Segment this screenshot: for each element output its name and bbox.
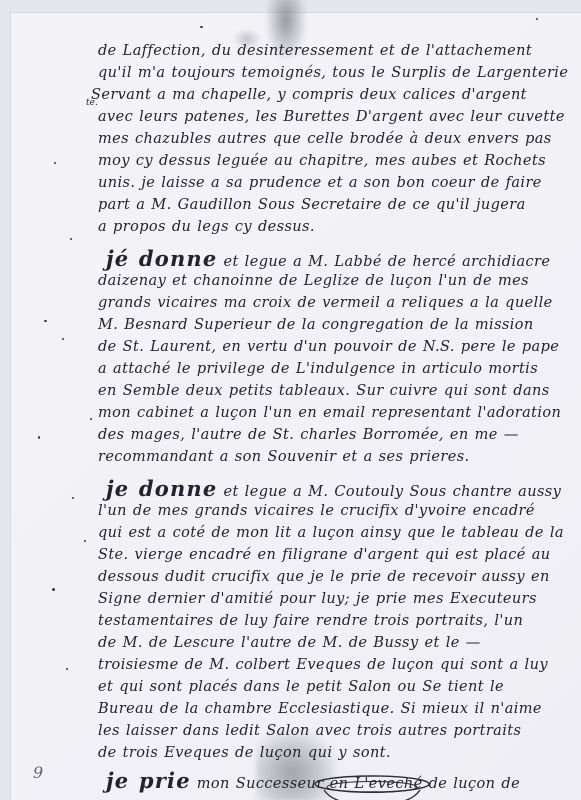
paragraph-opening: jé donne xyxy=(106,246,217,271)
bowl-sketch xyxy=(310,774,434,800)
manuscript-line: qui est a coté de mon lit a luçon ainsy … xyxy=(98,522,573,544)
manuscript-line: l'un de mes grands vicaires le crucifix … xyxy=(98,500,573,522)
line-text: et legue a M. Coutouly Sous chantre auss… xyxy=(223,484,561,500)
manuscript-line: mes chazubles autres que celle brodée à … xyxy=(98,128,573,150)
ink-speck xyxy=(38,436,40,439)
text-block: de Laffection, du desinteressement et de… xyxy=(98,40,573,792)
manuscript-line: qu'il m'a toujours temoignés, tous le Su… xyxy=(98,62,573,84)
manuscript-line: Ste. vierge encadré en filigrane d'argen… xyxy=(98,544,573,566)
scanned-manuscript: te. de Laffection, du desinteressement e… xyxy=(0,0,581,800)
ink-speck xyxy=(536,18,538,20)
ink-speck xyxy=(72,497,74,499)
paragraph-opening: je prie xyxy=(106,768,191,793)
manuscript-line: recommandant a son Souvenir et a ses pri… xyxy=(98,446,573,468)
manuscript-line: et qui sont placés dans le petit Salon o… xyxy=(98,676,573,698)
manuscript-line: de trois Eveques de luçon qui y sont. xyxy=(98,742,573,764)
ink-speck xyxy=(84,540,86,542)
manuscript-line: moy cy dessus leguée au chapitre, mes au… xyxy=(98,150,573,172)
manuscript-line: testamentaires de luy faire rendre trois… xyxy=(98,610,573,632)
manuscript-line: troisiesme de M. colbert Eveques de luço… xyxy=(98,654,573,676)
paragraph-1: de Laffection, du desinteressement et de… xyxy=(98,40,573,238)
manuscript-line: de M. de Lescure l'autre de M. de Bussy … xyxy=(98,632,573,654)
manuscript-line: Servant a ma chapelle, y compris deux ca… xyxy=(91,84,573,106)
manuscript-line: a attaché le privilege de L'indulgence i… xyxy=(98,358,573,380)
ink-speck xyxy=(90,418,92,420)
manuscript-line: en Semble deux petits tableaux. Sur cuiv… xyxy=(98,380,573,402)
manuscript-line: mon cabinet a luçon l'un en email repres… xyxy=(98,402,573,424)
manuscript-line: avec leurs patenes, les Burettes D'argen… xyxy=(98,106,573,128)
manuscript-line: les laisser dans ledit Salon avec trois … xyxy=(98,720,573,742)
manuscript-line: unis. je laisse a sa prudence et a son b… xyxy=(98,172,573,194)
manuscript-line: part a M. Gaudillon Sous Secretaire de c… xyxy=(98,194,573,216)
manuscript-line: M. Besnard Superieur de la congregation … xyxy=(98,314,573,336)
manuscript-line: de Laffection, du desinteressement et de… xyxy=(98,40,573,62)
paragraph-3: je donneet legue a M. Coutouly Sous chan… xyxy=(98,478,573,764)
ink-speck xyxy=(62,338,64,340)
ink-speck xyxy=(70,238,72,240)
manuscript-line: Bureau de la chambre Ecclesiastique. Si … xyxy=(98,698,573,720)
ink-speck xyxy=(44,320,47,322)
page-number: 9 xyxy=(33,763,43,782)
manuscript-line: je donneet legue a M. Coutouly Sous chan… xyxy=(106,478,573,500)
paragraph-opening: je donne xyxy=(106,476,217,501)
manuscript-line: des mages, l'autre de St. charles Borrom… xyxy=(98,424,573,446)
manuscript-line: Signe dernier d'amitié pour luy; je prie… xyxy=(98,588,573,610)
manuscript-line: daizenay et chanoinne de Leglize de luço… xyxy=(98,270,573,292)
line-text: et legue a M. Labbé de hercé archidiacre xyxy=(223,254,550,270)
paragraph-2: jé donneet legue a M. Labbé de hercé arc… xyxy=(98,248,573,468)
manuscript-line: dessous dudit crucifix que je le prie de… xyxy=(98,566,573,588)
manuscript-line: a propos du legs cy dessus. xyxy=(98,216,573,238)
ink-speck xyxy=(54,162,56,164)
ink-speck xyxy=(200,26,203,28)
ink-speck xyxy=(66,668,68,670)
manuscript-line: de St. Laurent, en vertu d'un pouvoir de… xyxy=(98,336,573,358)
manuscript-line: jé donneet legue a M. Labbé de hercé arc… xyxy=(106,248,573,270)
ink-speck xyxy=(52,588,55,591)
manuscript-line: grands vicaires ma croix de vermeil a re… xyxy=(98,292,573,314)
